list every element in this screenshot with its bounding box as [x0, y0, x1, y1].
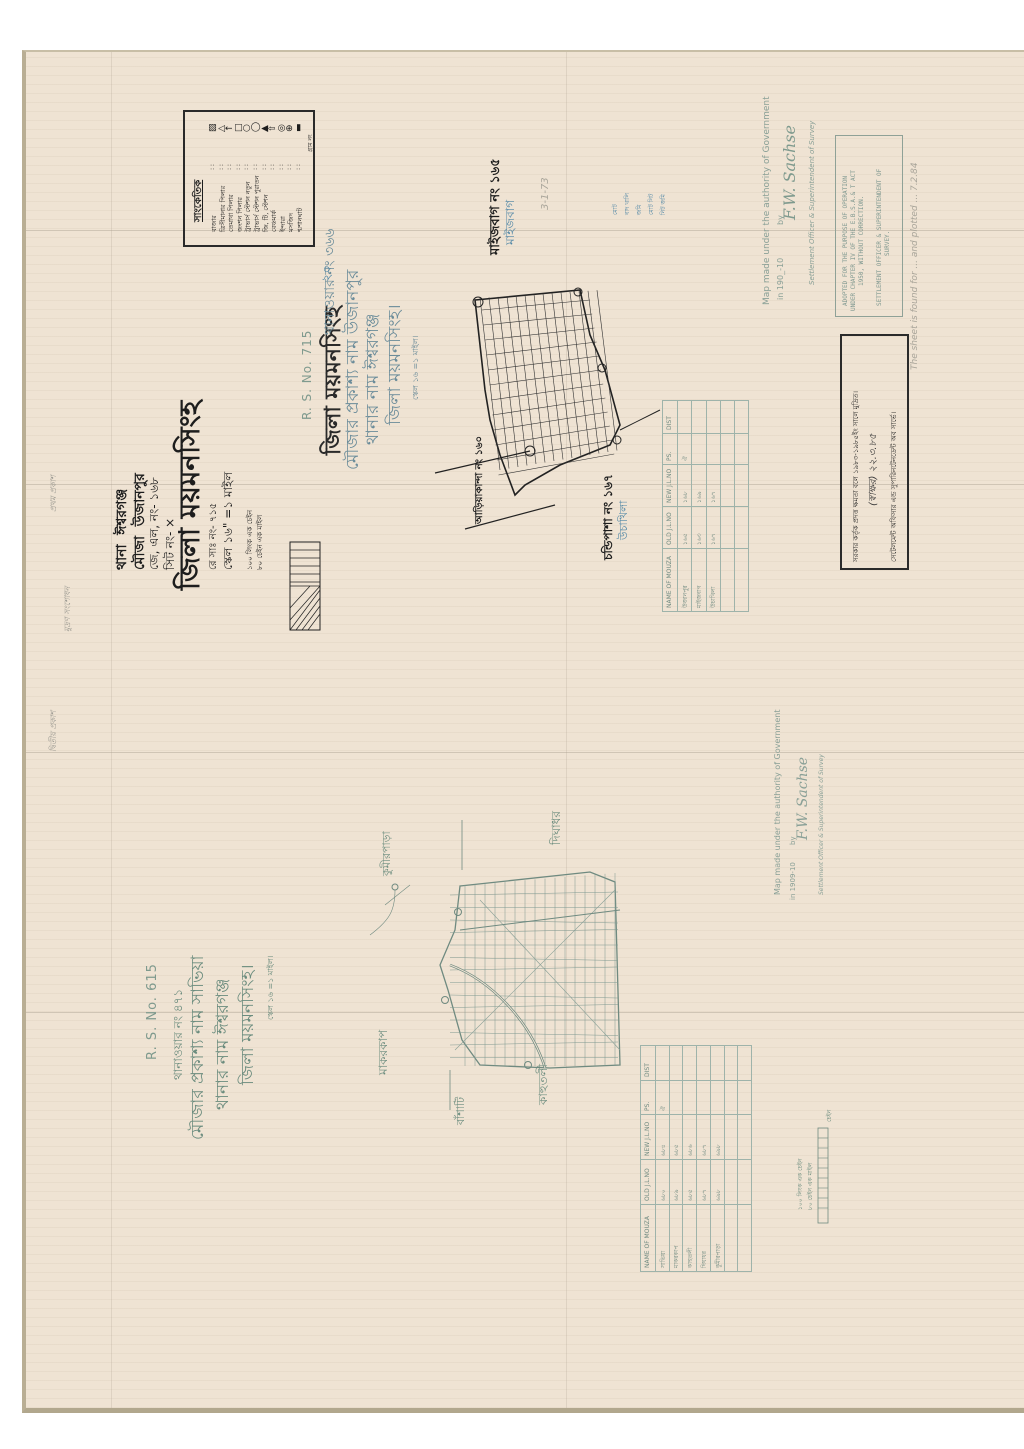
table-cell: মাইজবাগ	[694, 585, 705, 608]
table-cell: ১৬৭	[708, 533, 719, 545]
legend-leader: : :	[261, 164, 268, 170]
left-scale-note: ৮০ চেইন এক মাইল	[805, 1163, 816, 1210]
govt-stamp-line: সরকার কর্তৃক প্রদত্ত ক্ষমতা বলে ১৯৮৩-১৯৮…	[850, 391, 862, 562]
margin-note: দ্বিতীয় প্রকাশ	[48, 711, 61, 752]
legend-title: সাংকেতিক	[191, 180, 208, 222]
table-cell: ৬৮৯	[671, 1189, 682, 1201]
table-divider	[663, 464, 748, 465]
rs-no-right: R. S. No. 715	[300, 330, 314, 420]
table-cell: ৬৯৮	[713, 1189, 724, 1201]
stamp-line: SETTLEMENT OFFICER & SUPERINTENDENT OF	[876, 169, 883, 306]
signature-lower-title: Settlement Officer & Superintendent of S…	[818, 754, 825, 895]
mouza-table-left: NAME OF MOUZAOLD J.L.NONEW J.L.NOPS.DIST…	[640, 1045, 752, 1272]
table-cell: ১৬৫	[680, 533, 691, 545]
table-header: OLD J.L.NO	[644, 1168, 651, 1201]
table-header: NEW J.L.NO	[666, 469, 673, 503]
government-stamp: সরকার কর্তৃক প্রদত্ত ক্ষমতা বলে ১৯৮৩-১৯৮…	[840, 334, 909, 570]
signature-lower: F.W. Sachse	[795, 757, 811, 840]
fold-line	[111, 52, 112, 1408]
right-district-line: জিলা ময়মনসিংহ।	[382, 304, 410, 425]
filled-rectangle-icon: ▬	[294, 123, 304, 132]
table-divider	[663, 506, 748, 507]
table-header: PS.	[666, 452, 673, 461]
table-cell: কাহুতলী	[685, 1248, 696, 1268]
signature-upper-title: Settlement Officer & Superintendent of S…	[808, 121, 816, 285]
neighbor-bashati: বাঁশাটি	[452, 1097, 471, 1125]
table-divider	[641, 1114, 751, 1115]
right-scale-line: স্কেল ১৬ =১ মাইল।	[410, 335, 423, 400]
signature-lower-line1: Map made under the authority of Governme…	[773, 710, 782, 895]
stamp-line: UNDER CHAPTER IV OF THE E.B.S.A.& T ACT	[850, 170, 857, 311]
table-cell: সাভিয়া	[658, 1251, 669, 1268]
stamp-line: SURVEY.	[884, 231, 891, 256]
legend-footer: গ্রাম নং	[305, 134, 316, 152]
table-cell: ৬৮০	[658, 1189, 669, 1201]
area-note: মোট	[610, 204, 621, 215]
table-divider	[641, 1204, 751, 1205]
signature-upper-line1: Map made under the authority of Governme…	[762, 96, 772, 305]
fold-line	[566, 52, 567, 1408]
neighbor-dighadhar: দিঘাধর	[548, 811, 568, 845]
legend-leader: : :	[235, 164, 242, 170]
scale-bar-graphic	[290, 542, 326, 632]
neighbor-kumirpara: কুমীরপাড়া	[378, 831, 397, 876]
pencil-note-stamp: The sheet is found for ... and plotted .…	[910, 162, 920, 370]
neighbor-kahutali: কাহুতলী	[535, 1064, 555, 1105]
table-cell: কুমীরপাড়া	[713, 1244, 724, 1268]
table-header: NAME OF MOUZA	[644, 1216, 651, 1268]
table-cell: ১৬৩	[694, 533, 705, 545]
stamp-line: 1950, WITHOUT CORRECTION.	[858, 196, 865, 286]
table-cell: ৬৮৫	[685, 1189, 696, 1201]
left-mouza-line: মৌজার প্রকাশ্য নাম সাভিয়া	[185, 955, 213, 1140]
table-divider	[641, 1080, 751, 1081]
table-cell: উচাখিলা	[708, 586, 719, 608]
neighbor-bottom-blue: উচাখিলা	[615, 501, 634, 540]
table-cell: ১৬৭	[708, 491, 719, 503]
area-note: জমি	[634, 205, 645, 215]
legend-leader: : :	[209, 164, 216, 170]
table-cell: ১৬৮	[680, 491, 691, 503]
legend-leader: : :	[218, 164, 225, 170]
table-cell: মাকরকাপ	[671, 1245, 682, 1268]
mouza-table-right: NAME OF MOUZAOLD J.L.NONEW J.L.NOPS.DIST…	[662, 400, 749, 612]
stamp-line: ADOPTED FOR THE PURPOSE OF OPERATION	[842, 176, 849, 306]
table-cell: ৬৮৬	[685, 1144, 696, 1156]
margin-note: মুদ্রণ সংশোধন	[62, 587, 75, 632]
legend-leader: : :	[269, 164, 276, 170]
legend-leader: : :	[278, 164, 285, 170]
area-note: নিট জমি	[658, 194, 669, 215]
table-header: PS.	[644, 1101, 651, 1110]
legend-leader: : :	[295, 164, 302, 170]
scale-note: ৮০ চেইন এক মাইল	[254, 515, 266, 570]
table-cell: ৬৯৮	[713, 1144, 724, 1156]
table-header: OLD J.L.NO	[666, 512, 673, 545]
table-header: NEW J.L.NO	[644, 1121, 651, 1155]
table-cell: ১৬৯	[694, 491, 705, 503]
legend-item-label: শ্মশানঘাট	[295, 208, 306, 232]
legend-leader: : :	[286, 164, 293, 170]
table-cell: উজানপুর	[680, 585, 691, 608]
fold-line	[26, 752, 1024, 753]
margin-note: প্রথম প্রকাশ	[48, 475, 61, 512]
table-divider	[663, 548, 748, 549]
table-header: DIST	[666, 416, 673, 430]
pencil-note: 3-1-73	[540, 177, 551, 210]
left-thana-name: থানার নাম ঈশ্বরগঞ্জ	[210, 978, 238, 1110]
table-cell: ঐ	[658, 1106, 669, 1111]
signature-upper: F.W. Sachse	[780, 125, 799, 220]
area-note: মোট নিট	[646, 194, 657, 215]
table-cell: ৬৮৭	[699, 1144, 710, 1156]
govt-stamp-line: সেটেলমেন্ট অফিসার এন্ড সুপারিনটেনডেন্ট অ…	[888, 412, 900, 562]
left-scale-bar	[818, 1128, 832, 1228]
neighbor-left: আড়িয়াকান্দা নং ১৬০	[472, 436, 489, 524]
rs-no-left: R. S. No. 615	[145, 963, 160, 1060]
signature-lower-line2: in 1909-10	[789, 862, 797, 900]
left-district-line: জিলা ময়মনসিংহ।	[235, 964, 263, 1085]
table-header: DIST	[644, 1063, 651, 1077]
table-cell: ৬৮৫	[671, 1144, 682, 1156]
neighbor-top-blue: মাইজবাগ	[502, 200, 522, 245]
table-header: NAME OF MOUZA	[666, 556, 673, 608]
table-cell: ৬৮৪	[658, 1144, 669, 1156]
left-scale-line: স্কেল ১৬ =১ মাইল।	[265, 955, 278, 1020]
legend-leader: : :	[252, 164, 259, 170]
table-cell: ৬৮৭	[699, 1189, 710, 1201]
legend-leader: : :	[226, 164, 233, 170]
table-divider	[663, 433, 748, 434]
scale-label: চেইন	[824, 1110, 835, 1122]
govt-stamp-signature: (স্বাক্ষর) ২২.৩.৮৫	[866, 434, 883, 506]
area-note: বাদ খালি	[622, 193, 633, 215]
neighbor-makarkap: মাকরকাপ	[375, 1030, 395, 1075]
table-divider	[641, 1159, 751, 1160]
table-cell: দিঘাধর	[699, 1251, 710, 1268]
parcel-map-sabhia	[420, 870, 620, 1070]
legend-box: সাংকেতিক বাজার: :▨ত্রিসীমানার পিলার: :△ত…	[183, 110, 315, 247]
scale-text: স্কেল ১৬" =১ মাইল	[220, 472, 240, 570]
table-cell: ঐ	[680, 456, 691, 461]
pencil-annotation: ২০	[318, 265, 339, 282]
legend-leader: : :	[243, 164, 250, 170]
signature-upper-line2: in 190_-10	[776, 258, 785, 300]
adoption-stamp: ADOPTED FOR THE PURPOSE OF OPERATION UND…	[835, 135, 903, 317]
